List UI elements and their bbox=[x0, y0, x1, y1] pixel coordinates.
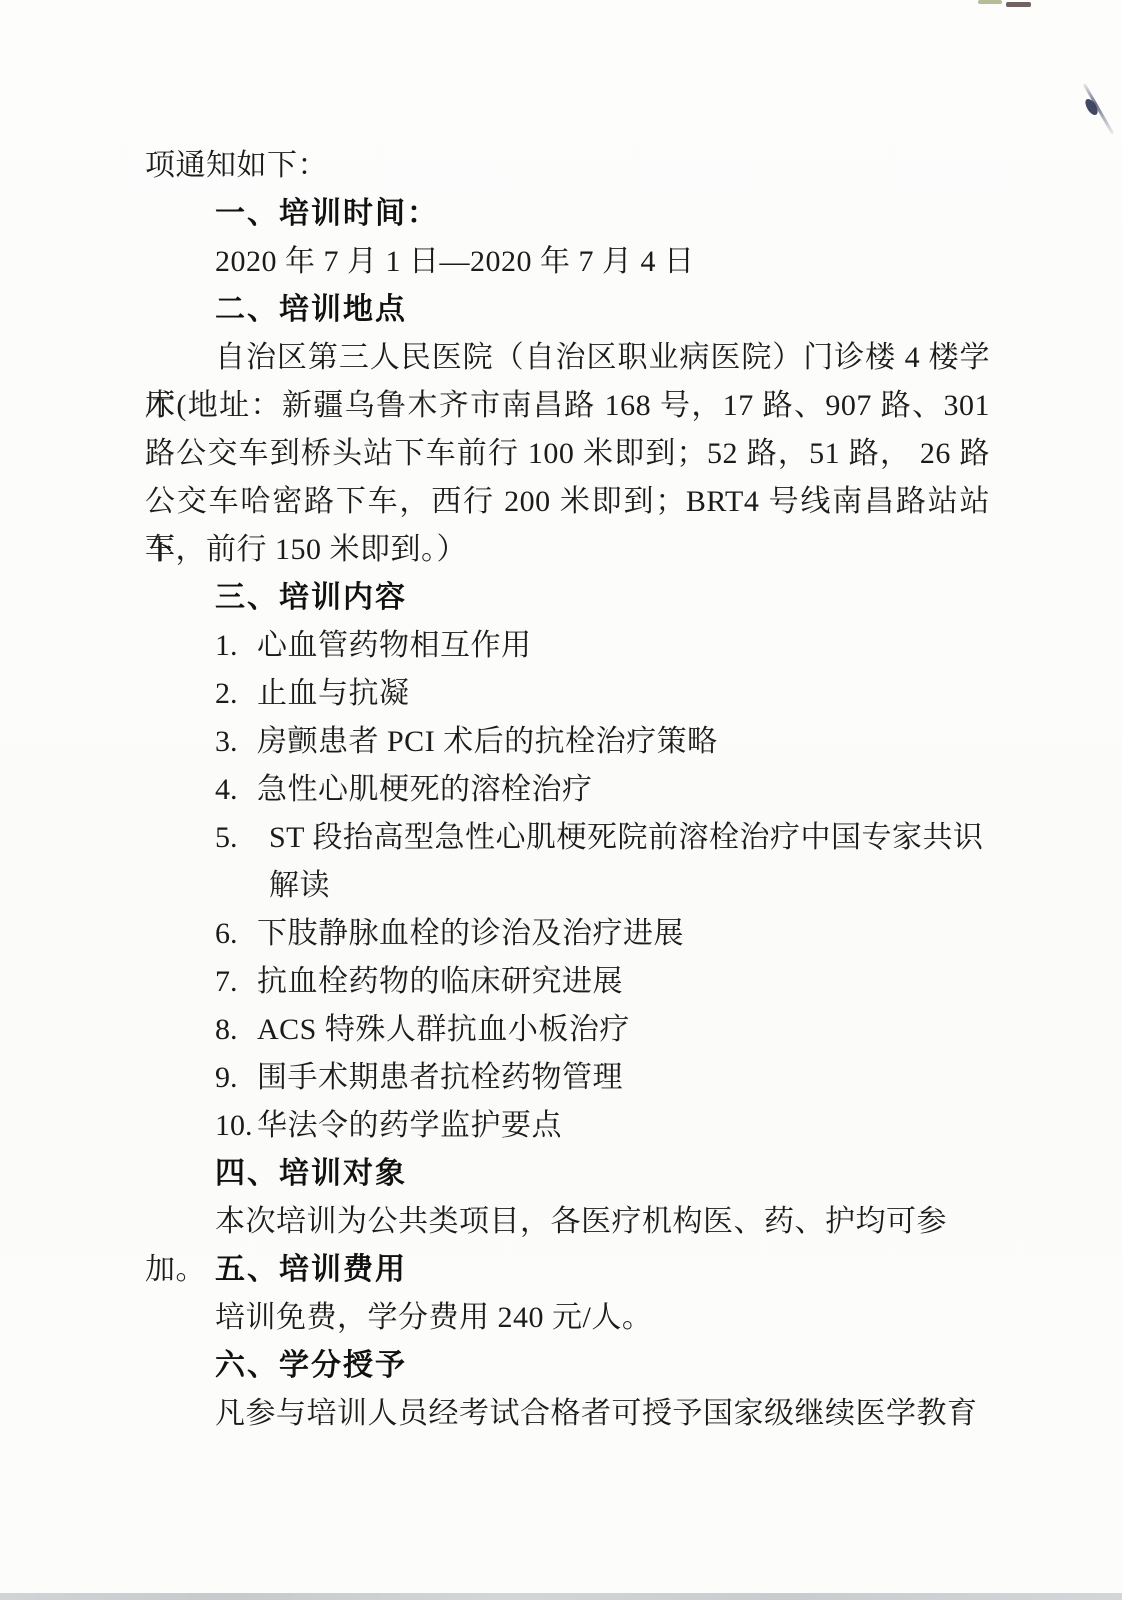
section-3-heading: 三、培训内容 bbox=[145, 574, 990, 622]
topic-item-10-number: 10. bbox=[215, 1102, 257, 1150]
topic-item-5-text: ST 段抬高型急性心肌梗死院前溶栓治疗中国专家共识 bbox=[269, 821, 983, 854]
topic-item-8-number: 8. bbox=[215, 1006, 257, 1054]
section-2-line-4: 公交车哈密路下车，西行 200 米即到；BRT4 号线南昌路站站下 bbox=[145, 478, 990, 526]
section-2-heading: 二、培训地点 bbox=[145, 286, 990, 334]
topic-item-5-wrap-line: 解读 bbox=[145, 862, 990, 910]
topic-item-3-text: 房颤患者 PCI 术后的抗栓治疗策略 bbox=[257, 725, 718, 758]
topic-item-6: 6.下肢静脉血栓的诊治及治疗进展 bbox=[145, 910, 990, 958]
topic-item-1-number: 1. bbox=[215, 622, 257, 670]
topic-item-10: 10.华法令的药学监护要点 bbox=[145, 1102, 990, 1150]
section-1-date-line: 2020 年 7 月 1 日—2020 年 7 月 4 日 bbox=[145, 238, 990, 286]
topic-item-8: 8.ACS 特殊人群抗血小板治疗 bbox=[145, 1006, 990, 1054]
section-5-body-line: 培训免费，学分费用 240 元/人。 bbox=[145, 1294, 990, 1342]
topic-item-2-text: 止血与抗凝 bbox=[257, 677, 410, 710]
topic-item-4-text: 急性心肌梗死的溶栓治疗 bbox=[257, 773, 593, 806]
topic-item-3: 3.房颤患者 PCI 术后的抗栓治疗策略 bbox=[145, 718, 990, 766]
topic-item-1: 1.心血管药物相互作用 bbox=[145, 622, 990, 670]
dark-ink-mark-artifact bbox=[1006, 2, 1031, 7]
notice-body: 项通知如下： 一、培训时间： 2020 年 7 月 1 日—2020 年 7 月… bbox=[145, 142, 990, 1438]
topic-item-3-number: 3. bbox=[215, 718, 257, 766]
topic-item-9: 9.围手术期患者抗栓药物管理 bbox=[145, 1054, 990, 1102]
topic-item-7-text: 抗血栓药物的临床研究进展 bbox=[257, 965, 623, 998]
topic-item-5-number: 5. bbox=[215, 814, 257, 862]
topic-item-1-text: 心血管药物相互作用 bbox=[257, 629, 532, 662]
scanned-notice-page: 项通知如下： 一、培训时间： 2020 年 7 月 1 日—2020 年 7 月… bbox=[0, 0, 1122, 1600]
topic-item-6-number: 6. bbox=[215, 910, 257, 958]
topic-item-9-text: 围手术期患者抗栓药物管理 bbox=[257, 1061, 623, 1094]
topic-item-7: 7.抗血栓药物的临床研究进展 bbox=[145, 958, 990, 1006]
topic-item-6-text: 下肢静脉血栓的诊治及治疗进展 bbox=[257, 917, 684, 950]
section-5-heading: 五、培训费用 bbox=[145, 1246, 990, 1294]
section-1-heading: 一、培训时间： bbox=[145, 190, 990, 238]
section-2-line-3: 路公交车到桥头站下车前行 100 米即到；52 路，51 路， 26 路 bbox=[145, 430, 990, 478]
section-2-line-2: 厅(地址：新疆乌鲁木齐市南昌路 168 号，17 路、907 路、301 bbox=[145, 382, 990, 430]
topic-item-2: 2.止血与抗凝 bbox=[145, 670, 990, 718]
topic-item-8-text: ACS 特殊人群抗血小板治疗 bbox=[257, 1013, 630, 1046]
section-4-body-line: 本次培训为公共类项目，各医疗机构医、药、护均可参加。 bbox=[145, 1198, 990, 1246]
topic-item-2-number: 2. bbox=[215, 670, 257, 718]
topic-item-4: 4.急性心肌梗死的溶栓治疗 bbox=[145, 766, 990, 814]
topic-item-5: 5.ST 段抬高型急性心肌梗死院前溶栓治疗中国专家共识 bbox=[145, 814, 990, 862]
section-2-line-5: 车，前行 150 米即到。） bbox=[145, 526, 990, 574]
topic-item-7-number: 7. bbox=[215, 958, 257, 1006]
section-2-line-1: 自治区第三人民医院（自治区职业病医院）门诊楼 4 楼学术 bbox=[145, 334, 990, 382]
scan-edge-strip bbox=[0, 1593, 1122, 1600]
intro-line: 项通知如下： bbox=[145, 142, 990, 190]
section-6-heading: 六、学分授予 bbox=[145, 1342, 990, 1390]
topic-item-4-number: 4. bbox=[215, 766, 257, 814]
green-ink-mark-artifact bbox=[978, 0, 1002, 4]
section-4-heading: 四、培训对象 bbox=[145, 1150, 990, 1198]
section-6-body-line: 凡参与培训人员经考试合格者可授予国家级继续医学教育 bbox=[145, 1390, 990, 1438]
topic-item-10-text: 华法令的药学监护要点 bbox=[257, 1109, 562, 1142]
topic-item-9-number: 9. bbox=[215, 1054, 257, 1102]
